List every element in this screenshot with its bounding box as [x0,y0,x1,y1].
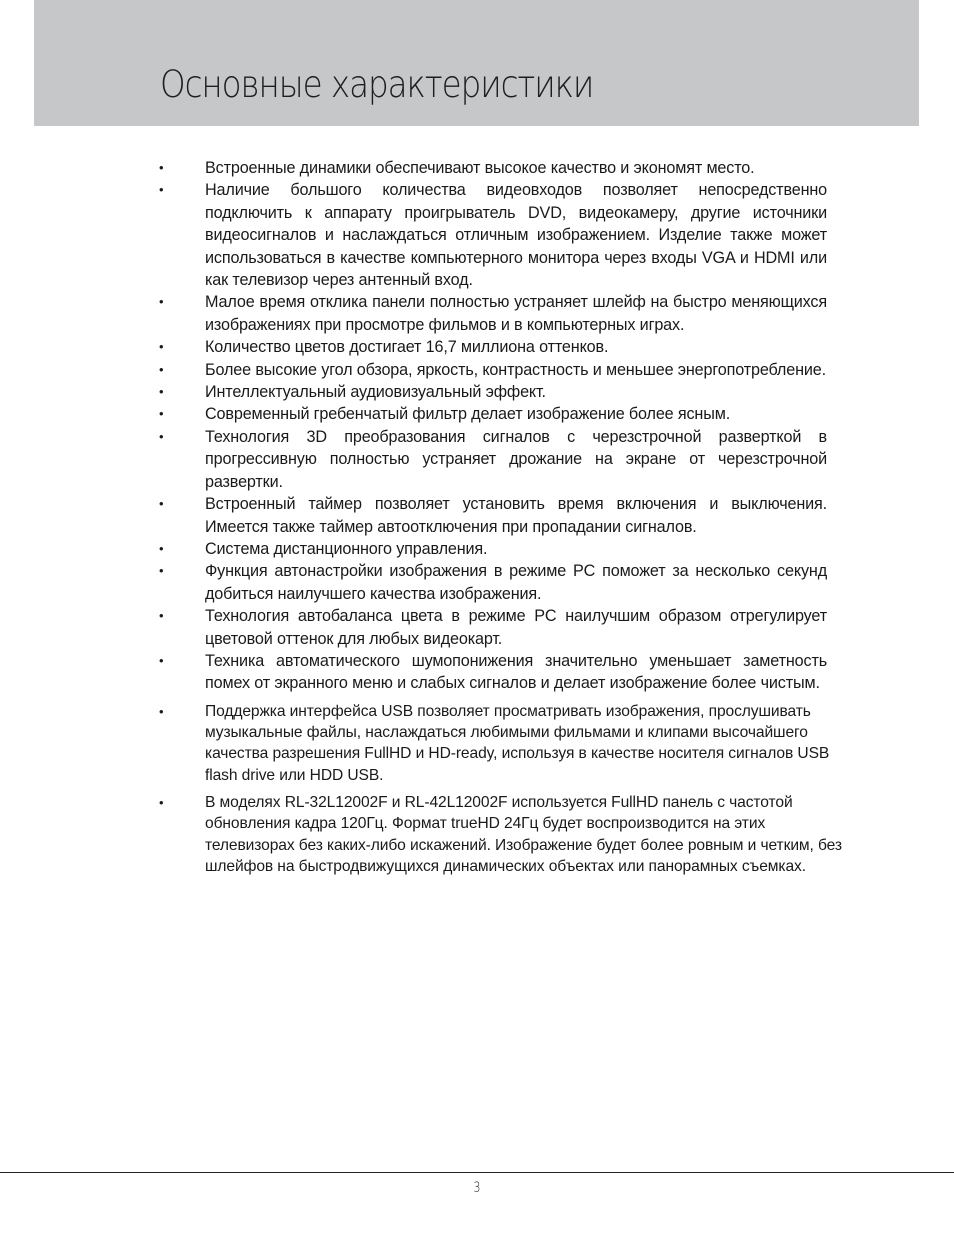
list-item: •В моделях RL-32L12002F и RL-42L12002F и… [0,792,954,877]
bullet-icon: • [159,650,164,672]
feature-text: Количество цветов достигает 16,7 миллион… [205,336,827,358]
list-item: •Встроенные динамики обеспечивают высоко… [0,157,954,179]
bullet-icon: • [159,403,164,425]
list-item: •Наличие большого количества видеовходов… [0,179,954,291]
bullet-icon: • [159,291,164,313]
feature-text: Встроенные динамики обеспечивают высокое… [205,157,827,179]
bullet-icon: • [159,359,164,381]
list-item: •Функция автонастройки изображения в реж… [0,560,954,605]
feature-text: Современный гребенчатый фильтр делает из… [205,403,827,425]
list-item: •Более высокие угол обзора, яркость, кон… [0,359,954,381]
bullet-icon: • [159,426,164,448]
feature-text: Система дистанционного управления. [205,538,827,560]
feature-text: Технология 3D преобразования сигналов с … [205,426,827,493]
bullet-icon: • [159,560,164,582]
list-item: •Встроенный таймер позволяет установить … [0,493,954,538]
list-item: •Поддержка интерфейса USB позволяет прос… [0,701,954,786]
feature-text: Технология автобаланса цвета в режиме PC… [205,605,827,650]
list-item: •Система дистанционного управления. [0,538,954,560]
page-number: 3 [95,1180,858,1196]
feature-text: Техника автоматического шумопонижения зн… [205,650,827,695]
list-item: •Технология 3D преобразования сигналов с… [0,426,954,493]
bullet-icon: • [159,336,164,358]
list-item: •Техника автоматического шумопонижения з… [0,650,954,695]
bullet-icon: • [159,381,164,403]
list-item: •Малое время отклика панели полностью ус… [0,291,954,336]
page-title: Основные характеристики [160,66,593,103]
footer-divider [0,1172,954,1173]
feature-list: •Встроенные динамики обеспечивают высоко… [0,157,954,877]
list-item: •Количество цветов достигает 16,7 миллио… [0,336,954,358]
bullet-icon: • [159,792,164,814]
feature-text: Интеллектуальный аудиовизуальный эффект. [205,381,827,403]
feature-text: Функция автонастройки изображения в режи… [205,560,827,605]
bullet-icon: • [159,179,164,201]
feature-text: Встроенный таймер позволяет установить в… [205,493,827,538]
bullet-icon: • [159,701,164,723]
bullet-icon: • [159,538,164,560]
feature-text: Поддержка интерфейса USB позволяет просм… [205,701,845,786]
feature-text: Наличие большого количества видеовходов … [205,179,827,291]
bullet-icon: • [159,157,164,179]
list-item: •Интеллектуальный аудиовизуальный эффект… [0,381,954,403]
list-item: •Современный гребенчатый фильтр делает и… [0,403,954,425]
list-item: •Технология автобаланса цвета в режиме P… [0,605,954,650]
bullet-icon: • [159,493,164,515]
feature-text: Малое время отклика панели полностью уст… [205,291,827,336]
feature-text: Более высокие угол обзора, яркость, конт… [205,359,827,381]
bullet-icon: • [159,605,164,627]
feature-text: В моделях RL-32L12002F и RL-42L12002F ис… [205,792,845,877]
